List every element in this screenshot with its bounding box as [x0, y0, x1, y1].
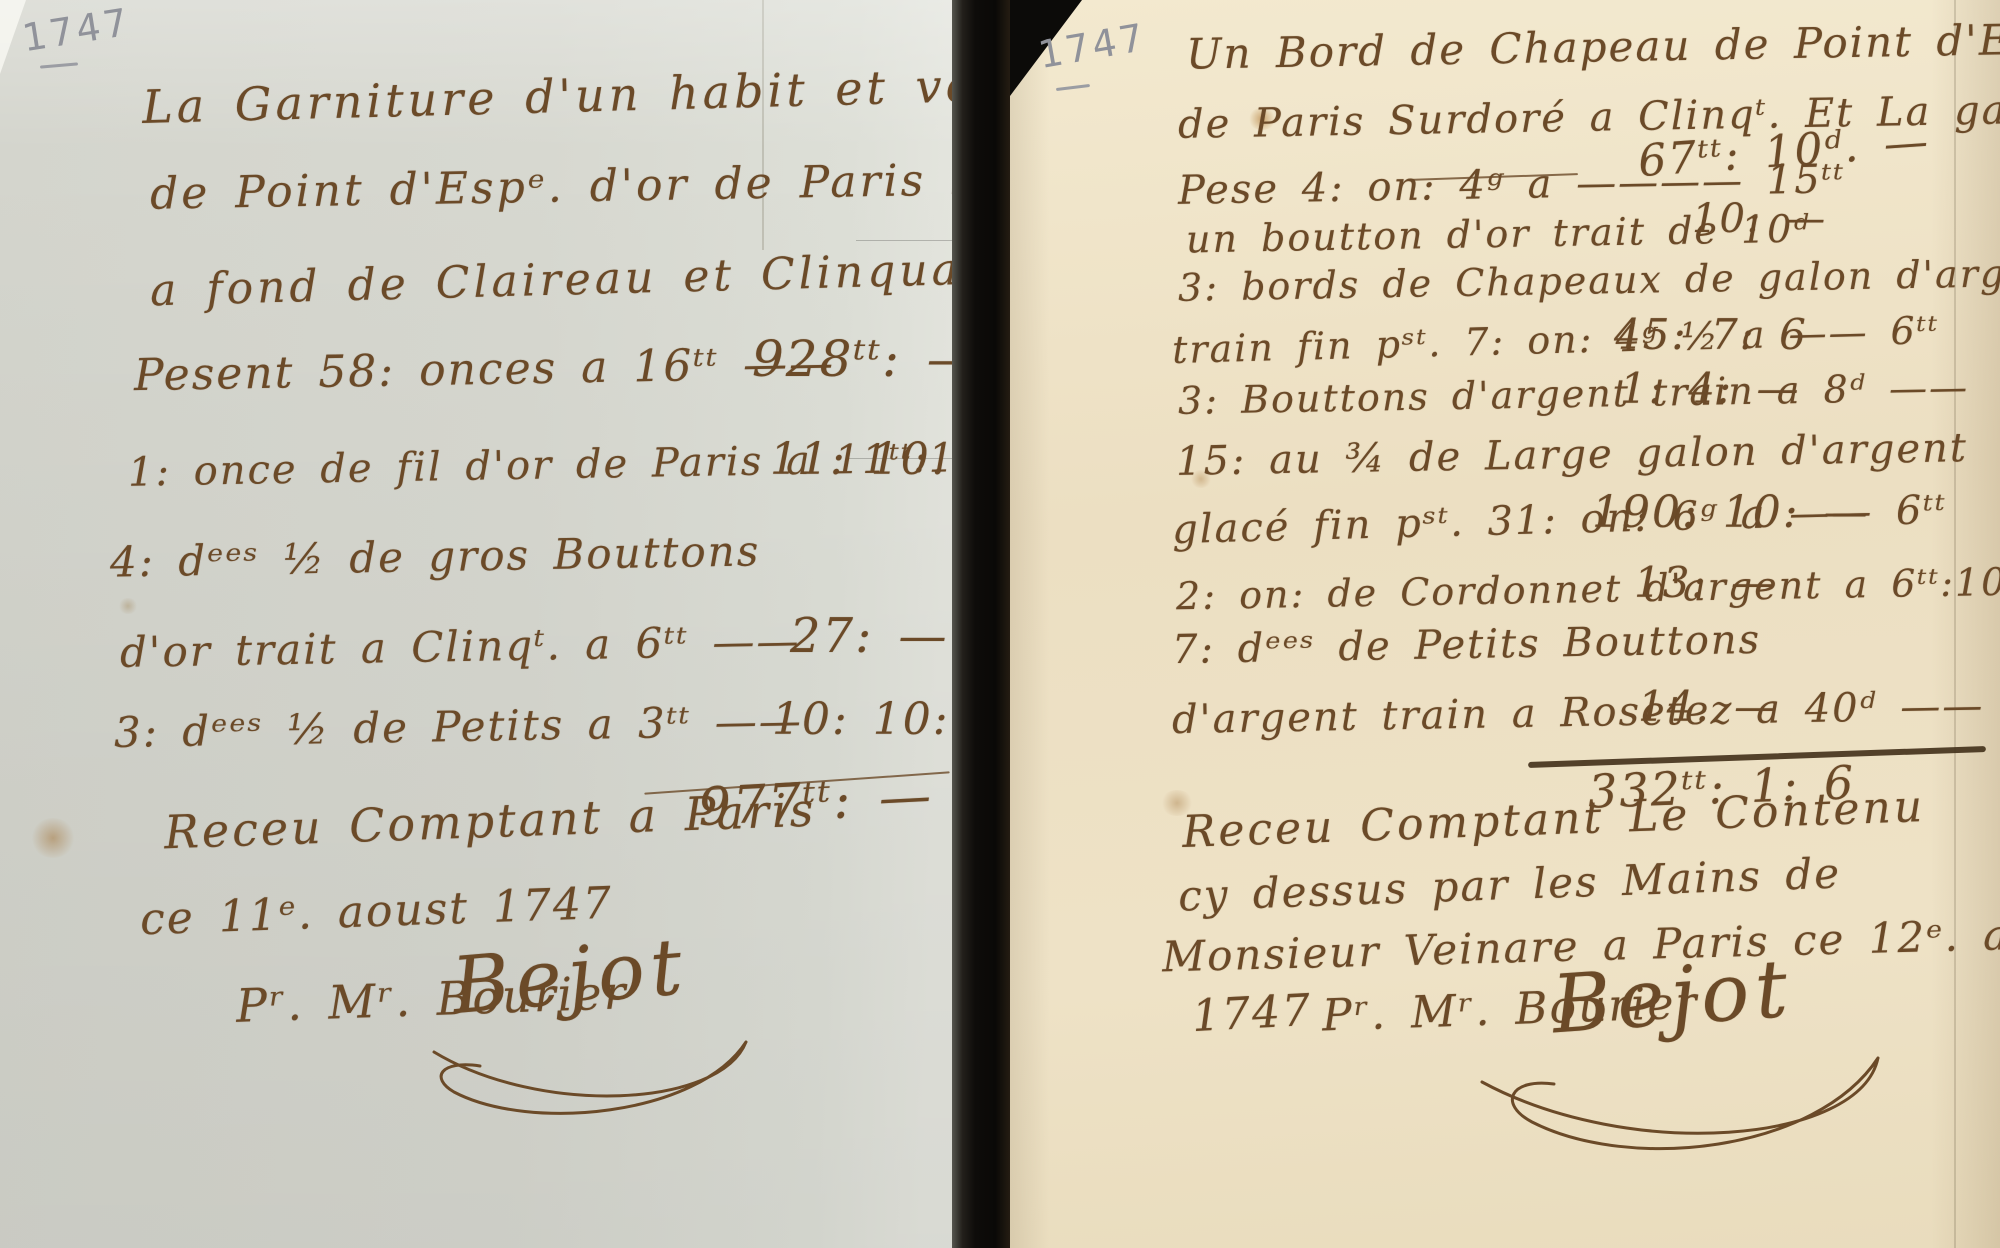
receipt-line: 1747 [1191, 985, 1313, 1042]
paper-stain [118, 598, 138, 614]
book-gutter [952, 0, 1010, 1248]
amount-value: 14. — [1638, 682, 1778, 731]
signature: Bejot [1549, 942, 1796, 1052]
paper-crease [762, 0, 764, 250]
amount-value: 190: 10: — [1592, 487, 1870, 538]
signature-flourish [420, 1020, 760, 1130]
amount-value: 10: — [1692, 196, 1827, 242]
amount-value: 1: 4: — [1620, 364, 1800, 413]
amount-value: 10: 10: [772, 694, 950, 745]
amount-value: 45: 7: 6 [1614, 310, 1808, 359]
manuscript-scan: 1747 La Garniture d'un habit et veste de… [0, 0, 2000, 1248]
paper-stain [30, 818, 76, 858]
amount-value: 928ᵗᵗ: — [752, 330, 979, 388]
paper-crease [1954, 0, 1956, 1248]
amount-value: 13: — [1634, 558, 1775, 607]
signature-flourish [1470, 1040, 1900, 1170]
ruled-edge-line [856, 240, 952, 241]
